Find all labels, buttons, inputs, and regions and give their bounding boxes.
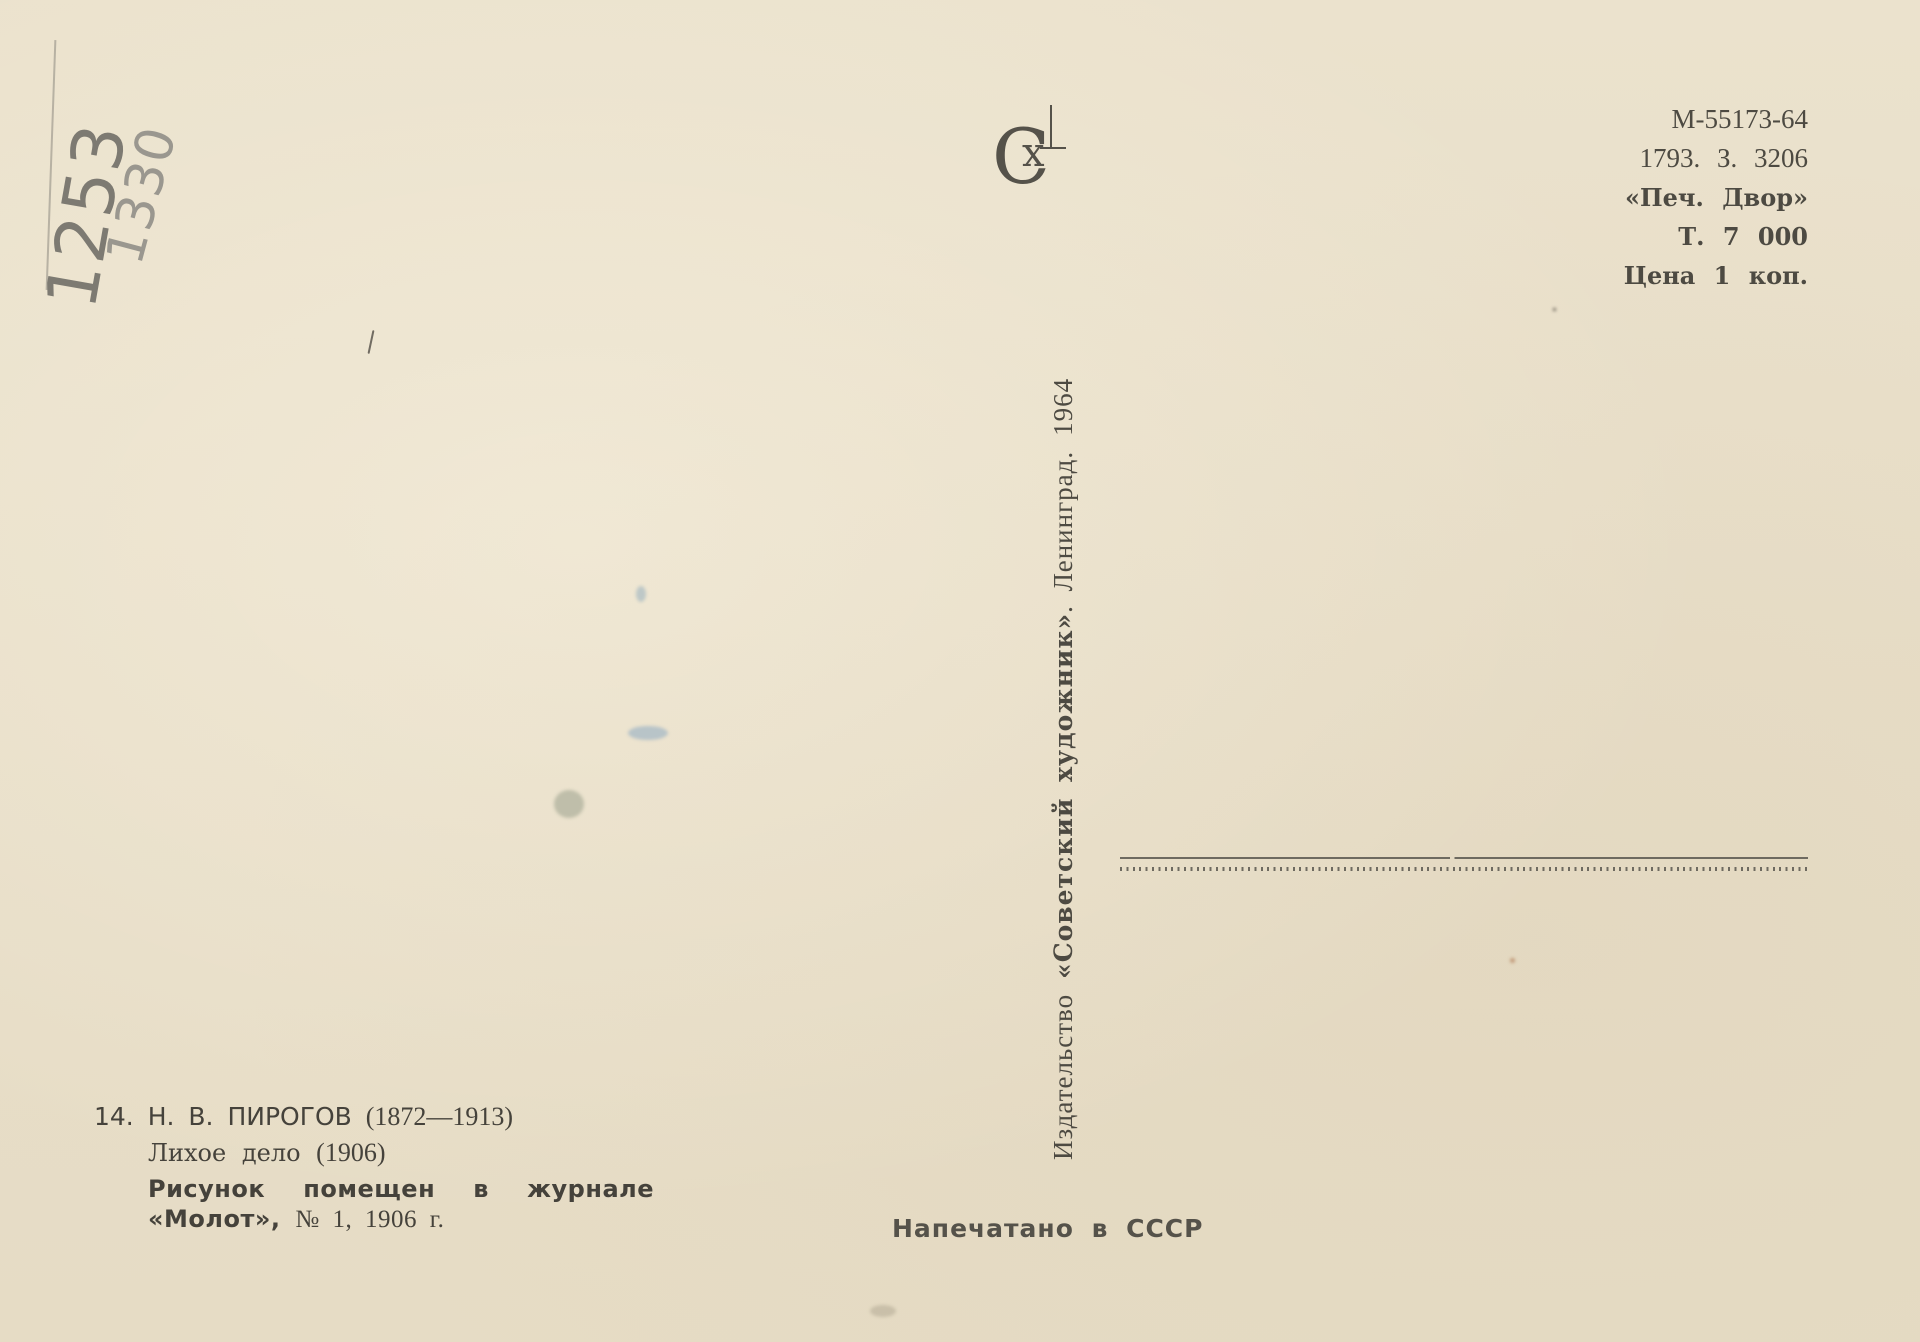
publisher-prefix: Издательство — [1048, 994, 1078, 1160]
caption-magazine: «Молот», — [148, 1205, 280, 1233]
publisher-year: 1964 — [1048, 378, 1078, 436]
ink-stain — [628, 726, 668, 740]
publisher-vertical-line: Издательство «Советский художник». Ленин… — [1048, 300, 1079, 1160]
address-dotted-line — [1120, 867, 1808, 871]
ink-stain — [636, 586, 646, 602]
logo-x-glyph: x — [1022, 133, 1045, 173]
logo-bar — [1040, 147, 1066, 149]
imprint-printer: «Печ. Двор» — [1624, 178, 1808, 217]
dirt-speck — [1553, 308, 1556, 311]
caption-title-line: Лихое дело (1906) — [148, 1134, 654, 1172]
postcard-back: 1253 1330 C x М-55173-64 1793. З. 3206 «… — [0, 0, 1920, 1342]
caption-issue: № 1, 1906 г. — [295, 1206, 444, 1233]
caption-description-line2: «Молот», № 1, 1906 г. — [148, 1204, 654, 1235]
address-solid-line — [1120, 857, 1808, 859]
imprint-price: Цена 1 коп. — [1624, 256, 1808, 295]
rust-speck — [1510, 958, 1515, 963]
imprint-order: 1793. З. 3206 — [1624, 139, 1808, 178]
imprint-block: М-55173-64 1793. З. 3206 «Печ. Двор» Т. … — [1624, 100, 1808, 295]
pencil-mark — [368, 330, 375, 354]
address-area — [1120, 857, 1808, 871]
caption-artist-line: 14. Н. В. ПИРОГОВ (1872—1913) — [94, 1100, 654, 1134]
publisher-logo-icon: C x — [992, 105, 1072, 195]
printed-in-ussr: Напечатано в СССР — [892, 1214, 1203, 1243]
caption-artist: Н. В. ПИРОГОВ — [148, 1102, 352, 1131]
artwork-caption: 14. Н. В. ПИРОГОВ (1872—1913) Лихое дело… — [94, 1100, 654, 1235]
publisher-city: . Ленинград. — [1048, 451, 1078, 613]
imprint-run: Т. 7 000 — [1624, 217, 1808, 256]
paper-stain — [554, 790, 584, 818]
caption-description-line1: Рисунок помещен в журнале — [148, 1174, 654, 1204]
caption-title: Лихое дело — [148, 1139, 301, 1167]
caption-artist-years: (1872—1913) — [366, 1102, 513, 1131]
paper-stain — [870, 1305, 896, 1317]
logo-stem — [1050, 105, 1052, 147]
imprint-code: М-55173-64 — [1624, 100, 1808, 139]
caption-number: 14. — [94, 1102, 134, 1131]
caption-title-year: (1906) — [316, 1138, 385, 1167]
publisher-name: «Советский художник» — [1049, 613, 1078, 979]
